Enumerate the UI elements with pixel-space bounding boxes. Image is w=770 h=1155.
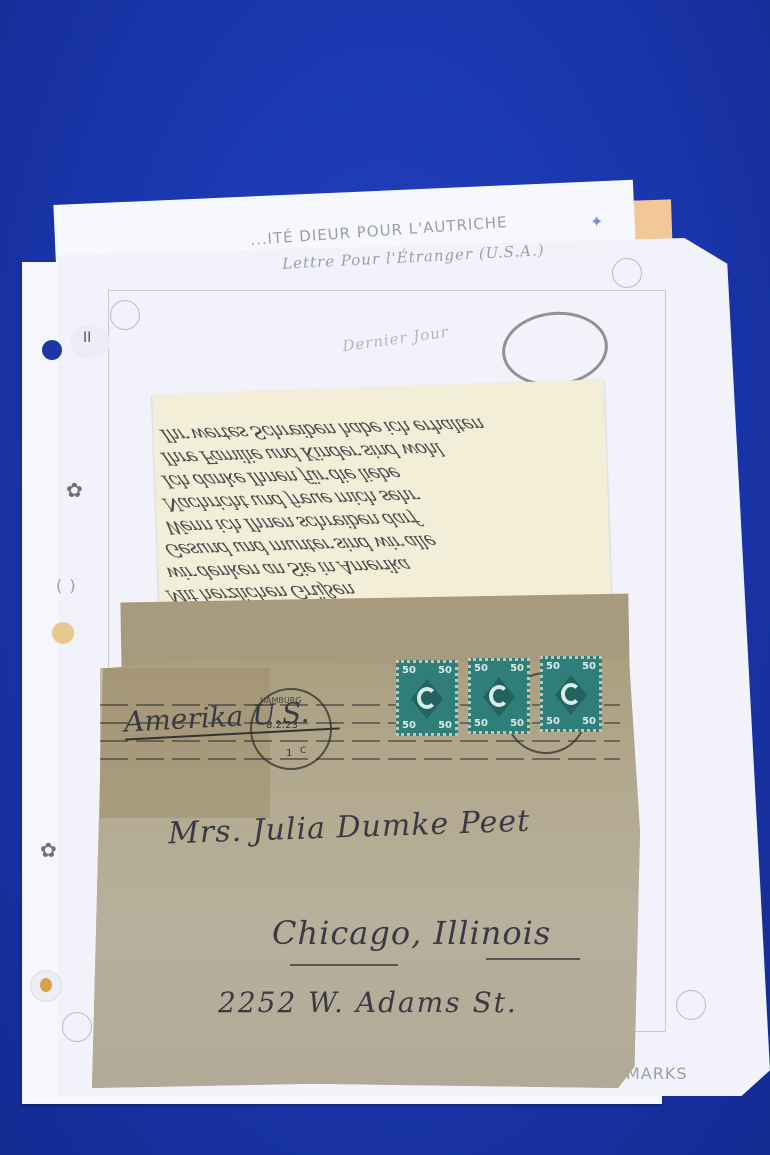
star-hole-icon: ✦ xyxy=(590,212,603,231)
flower-hole-icon: ✿ xyxy=(40,838,57,862)
page-footer-text: MARKS xyxy=(626,1064,688,1083)
handwritten-letter: Ihr wertes Schreiben habe ich erhalten I… xyxy=(152,379,612,630)
corner-ornament-icon xyxy=(612,258,642,288)
city-state: Chicago, Illinois xyxy=(272,914,551,952)
binder-hole xyxy=(40,978,52,992)
corner-ornament-icon xyxy=(676,990,706,1020)
binder-hole xyxy=(52,622,74,644)
postage-stamp: 50 50 50 50 xyxy=(540,656,602,732)
reinforcement-mark: II xyxy=(83,330,91,346)
postage-stamp: 50 50 50 50 xyxy=(396,660,458,736)
street-address: 2252 W. Adams St. xyxy=(218,986,518,1019)
flower-hole-icon: ✿ xyxy=(66,478,83,502)
corner-ornament-icon xyxy=(110,300,140,330)
post-horn-icon xyxy=(561,683,581,705)
state-underline xyxy=(486,958,580,960)
corner-ornament-icon xyxy=(62,1012,92,1042)
postmark-letter: C xyxy=(300,746,306,756)
city-underline xyxy=(290,964,398,966)
postage-stamp: 50 50 50 50 xyxy=(468,658,530,734)
post-horn-icon xyxy=(417,687,437,709)
binder-hole xyxy=(42,340,62,360)
margin-symbol: ( ) xyxy=(56,576,77,595)
post-horn-icon xyxy=(489,685,509,707)
postmark-number: 1 xyxy=(286,748,292,759)
